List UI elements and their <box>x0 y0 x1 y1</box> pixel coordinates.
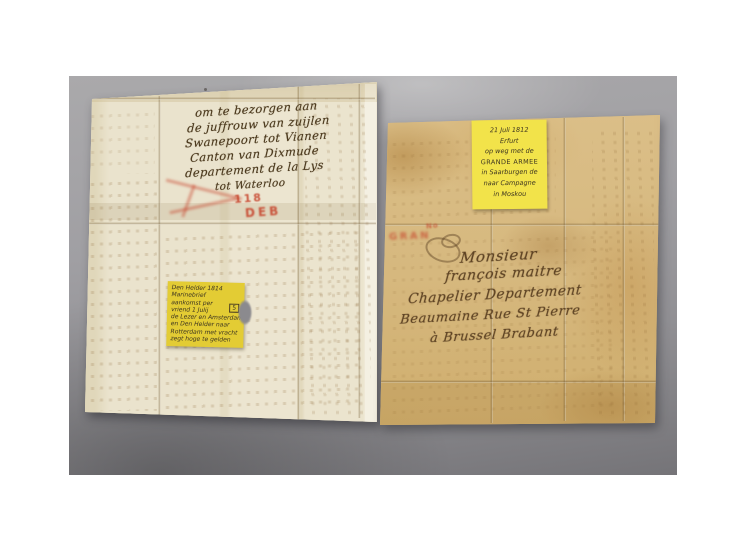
red-postmark-small: No <box>426 221 439 230</box>
note-line: GRANDE ARMEE <box>476 156 543 167</box>
right-letter-wrapper: GRAN No Monsieur françois maitre Chapeli… <box>69 76 677 475</box>
note-line: in Saarburgen de <box>476 167 543 178</box>
note-line: op weg met de <box>476 146 543 157</box>
note-line: in Moskou <box>476 188 543 199</box>
red-postmark: GRAN <box>389 230 431 242</box>
ghost-writing-vertical <box>592 128 654 416</box>
note-line: Erfurt <box>476 135 543 146</box>
right-letter: GRAN No Monsieur françois maitre Chapeli… <box>69 76 677 475</box>
photograph-of-letters: om te bezorgen aan de juffrouw van zuijl… <box>69 76 677 475</box>
note-line: 21 Juli 1812 <box>476 125 543 136</box>
note-line: naar Campagne <box>476 178 543 189</box>
sticky-note-right: 21 Juli 1812 Erfurt op weg met de GRANDE… <box>472 120 548 210</box>
